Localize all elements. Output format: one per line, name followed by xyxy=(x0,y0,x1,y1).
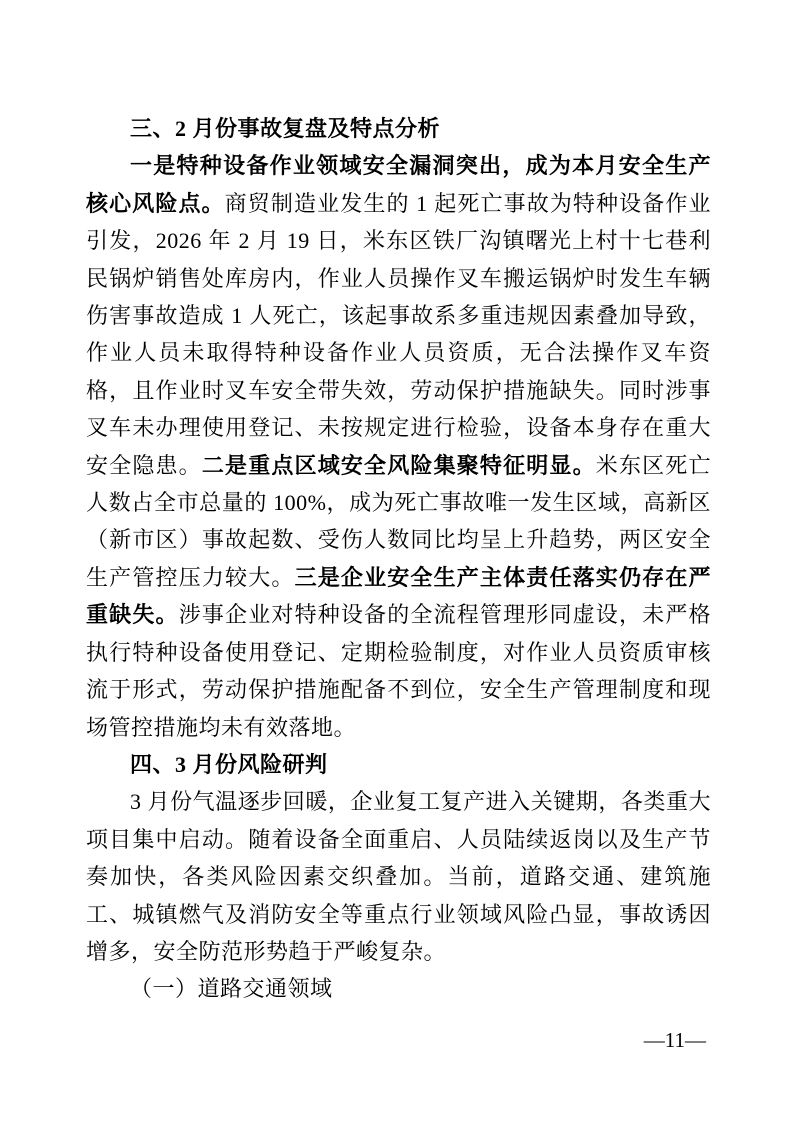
feb-accident-analysis-paragraph: 一是特种设备作业领域安全漏洞突出，成为本月安全生产核心风险点。商贸制造业发生的 … xyxy=(86,147,711,746)
document-page: 三、2 月份事故复盘及特点分析 一是特种设备作业领域安全漏洞突出，成为本月安全生… xyxy=(0,0,793,1122)
section-heading-feb-accident-review: 三、2 月份事故复盘及特点分析 xyxy=(86,110,711,147)
mar-risk-forecast-paragraph: 3 月份气温逐步回暖，企业复工复产进入关键期，各类重大项目集中启动。随着设备全面… xyxy=(86,783,711,970)
text-run-point1-body: 商贸制造业发生的 1 起死亡事故为特种设备作业引发，2026 年 2 月 19 … xyxy=(86,191,711,478)
text-run-point3-body: 涉事企业对特种设备的全流程管理形同虚设，未严格执行特种设备使用登记、定期检验制度… xyxy=(86,602,711,739)
page-number: —11— xyxy=(644,1028,706,1052)
text-run-point2-bold: 二是重点区域安全风险集聚特征明显。 xyxy=(202,453,596,478)
subsection-heading-road-traffic: （一）道路交通领域 xyxy=(86,970,711,1007)
page-content: 三、2 月份事故复盘及特点分析 一是特种设备作业领域安全漏洞突出，成为本月安全生… xyxy=(86,110,711,1008)
section-heading-mar-risk-forecast: 四、3 月份风险研判 xyxy=(86,746,711,783)
